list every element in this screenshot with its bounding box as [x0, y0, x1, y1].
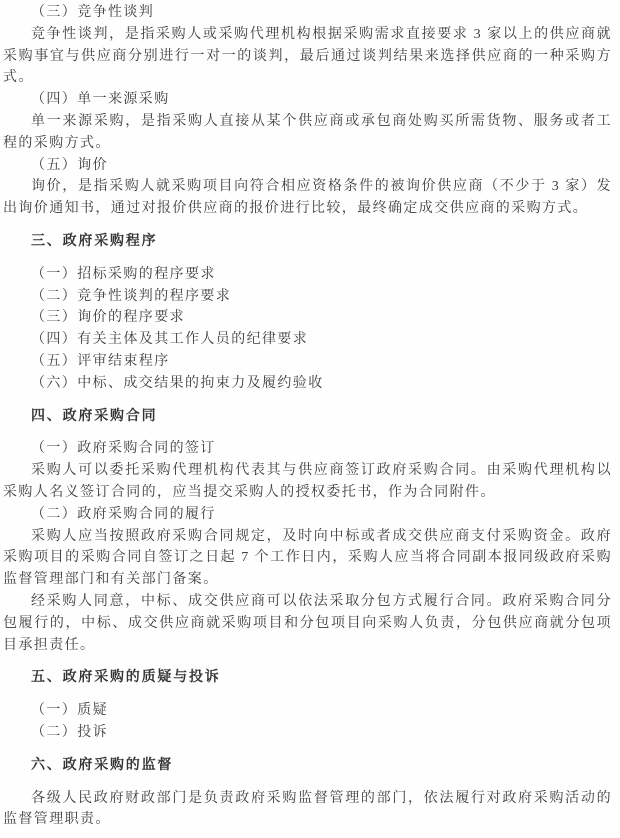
- section-heading: 六、政府采购的监督: [3, 755, 612, 777]
- list-item: （五）评审结束程序: [3, 351, 612, 373]
- section-sub-label: （二）政府采购合同的履行: [3, 504, 612, 526]
- paragraph: 各级人民政府财政部门是负责政府采购监督管理的部门，依法履行对政府采购活动的监督管…: [3, 788, 612, 832]
- list-item: （一）质疑: [3, 700, 612, 722]
- paragraph: 经采购人同意，中标、成交供应商可以依法采取分包方式履行合同。政府采购合同分包履行…: [3, 591, 612, 656]
- list-item: （二）竞争性谈判的程序要求: [3, 286, 612, 308]
- section-sub-label: （三）竞争性谈判: [3, 2, 612, 24]
- list-item: （六）中标、成交结果的拘束力及履约验收: [3, 373, 612, 395]
- list-item: （四）有关主体及其工作人员的纪律要求: [3, 329, 612, 351]
- section-heading: 五、政府采购的质疑与投诉: [3, 667, 612, 689]
- section-heading: 四、政府采购合同: [3, 406, 612, 428]
- section-heading: 三、政府采购程序: [3, 231, 612, 253]
- list-item: （三）询价的程序要求: [3, 307, 612, 329]
- paragraph: 竞争性谈判，是指采购人或采购代理机构根据采购需求直接要求 3 家以上的供应商就采…: [3, 24, 612, 89]
- paragraph: 单一来源采购，是指采购人直接从某个供应商或承包商处购买所需货物、服务或者工程的采…: [3, 111, 612, 155]
- section-sub-label: （一）政府采购合同的签订: [3, 438, 612, 460]
- paragraph: 询价，是指采购人就采购项目向符合相应资格条件的被询价供应商（不少于 3 家）发出…: [3, 176, 612, 220]
- document-page: （三）竞争性谈判 竞争性谈判，是指采购人或采购代理机构根据采购需求直接要求 3 …: [0, 0, 620, 838]
- section-sub-label: （五）询价: [3, 155, 612, 177]
- section-sub-label: （四）单一来源采购: [3, 89, 612, 111]
- paragraph: 采购人应当按照政府采购合同规定，及时向中标或者成交供应商支付采购资金。政府采购项…: [3, 526, 612, 591]
- list-item: （二）投诉: [3, 722, 612, 744]
- paragraph: 采购人可以委托采购代理机构代表其与供应商签订政府采购合同。由采购代理机构以采购人…: [3, 460, 612, 504]
- list-item: （一）招标采购的程序要求: [3, 264, 612, 286]
